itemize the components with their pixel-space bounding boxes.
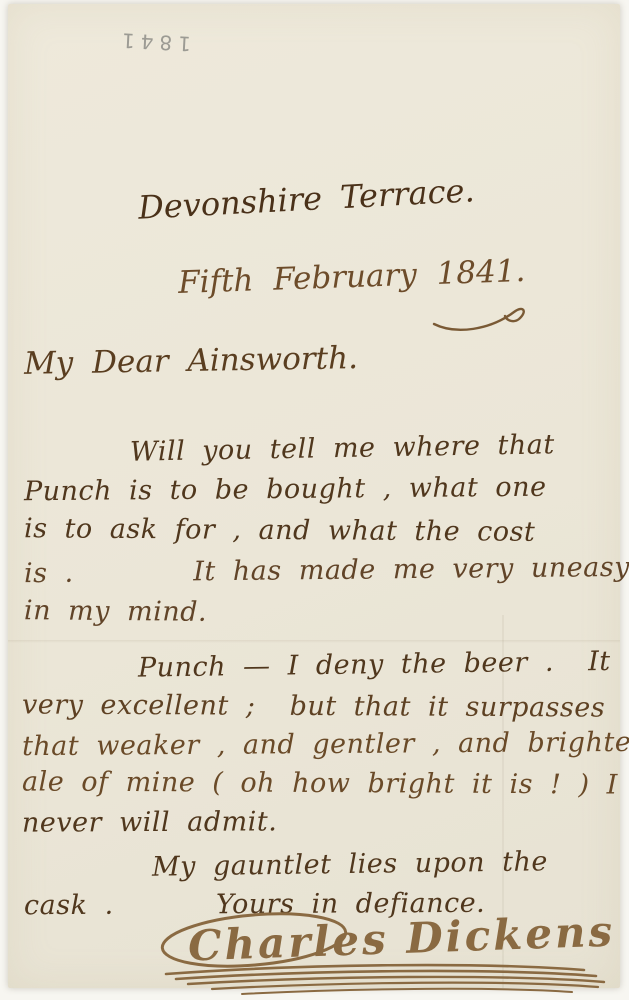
- salutation-line: My Dear Ainsworth.: [24, 341, 358, 381]
- letter-line: Punch is to be bought , what one: [24, 473, 547, 507]
- pen-flourish-icon: [428, 298, 532, 342]
- letter-line: is to ask for , and what the cost: [24, 514, 536, 547]
- letter-line: Punch — I deny the beer . It is: [138, 646, 629, 683]
- letter-line: never will admit.: [22, 807, 277, 838]
- letter-line: My gauntlet lies upon the: [152, 847, 548, 882]
- letter-line: ale of mine ( oh how bright it is ! ) I: [22, 767, 618, 800]
- letter-line: in my mind.: [24, 596, 207, 627]
- letter-line: is . It has made me very uneasy: [24, 553, 629, 589]
- letter-line: that weaker , and gentler , and brighter: [22, 728, 629, 762]
- fold-crease-horizontal: [8, 640, 620, 643]
- scanned-letter-photo: { "page": { "backdrop_color": "#f7f6f1",…: [0, 0, 629, 1000]
- pencil-inscription: 1841: [115, 28, 191, 56]
- letter-line: very excellent ; but that it surpasses: [22, 690, 605, 723]
